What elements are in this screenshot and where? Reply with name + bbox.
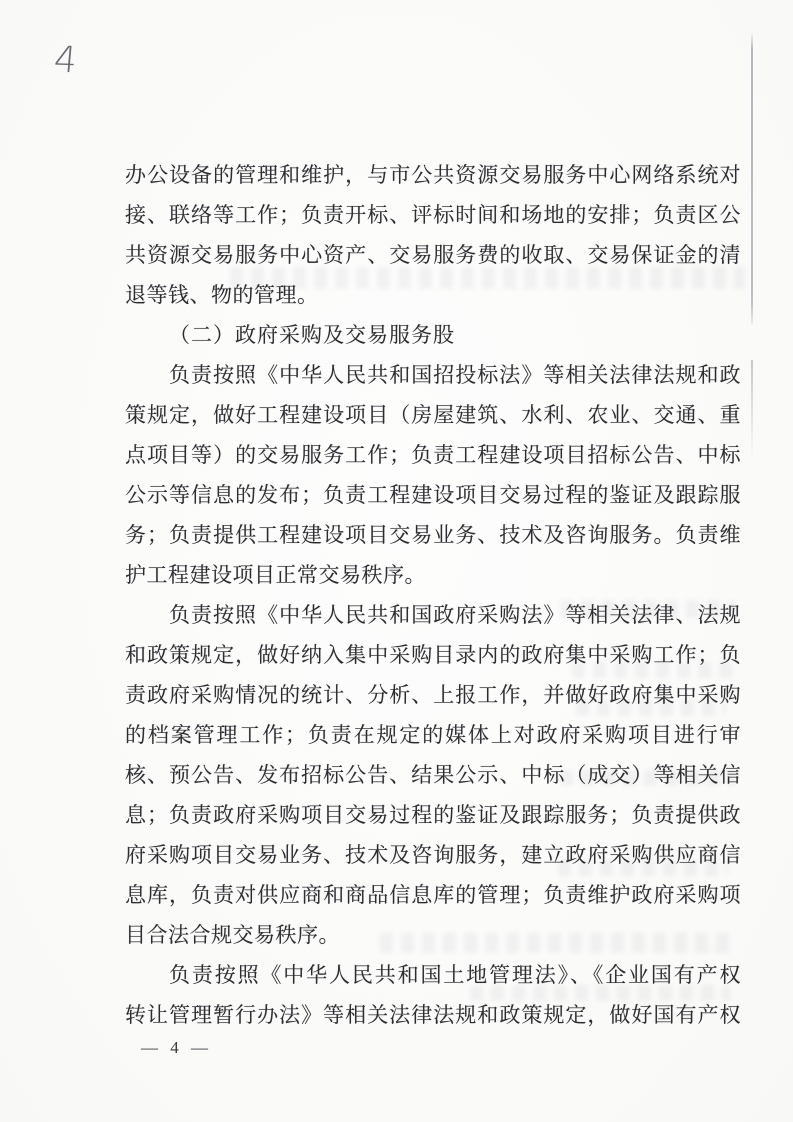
scan-edge-line [751, 32, 753, 324]
text-line: 共资源交易服务中心资产、交易服务费的收取、交易保证金的清 [125, 235, 741, 275]
text-line: 和政策规定，做好纳入集中采购目录内的政府集中采购工作；负 [125, 635, 741, 675]
scanned-page: 4 办公设备的管理和维护，与市公共资源交易服务中心网络系统对接、联络等工作；负责… [0, 0, 793, 1122]
text-line: 接、联络等工作；负责开标、评标时间和场地的安排；负责区公 [125, 195, 741, 235]
text-line: 核、预公告、发布招标公告、结果公示、中标（成交）等相关信 [125, 755, 741, 795]
text-line: 护工程建设项目正常交易秩序。 [125, 555, 741, 595]
text-line: 负责按照《中华人民共和国招投标法》等相关法律法规和政 [125, 355, 741, 395]
section-heading-block: （二）政府采购及交易服务股 [125, 315, 741, 355]
handwritten-page-number: 4 [52, 38, 86, 85]
paragraph: 负责按照《中华人民共和国招投标法》等相关法律法规和政策规定，做好工程建设项目（房… [125, 355, 741, 595]
text-line: 的档案管理工作；负责在规定的媒体上对政府采购项目进行审 [125, 715, 741, 755]
text-line: 息库，负责对供应商和商品信息库的管理；负责维护政府采购项 [125, 875, 741, 915]
paragraph: 办公设备的管理和维护，与市公共资源交易服务中心网络系统对接、联络等工作；负责开标… [125, 155, 741, 315]
paragraph: 负责按照《中华人民共和国政府采购法》等相关法律、法规和政策规定，做好纳入集中采购… [125, 595, 741, 955]
screenshot-root: { "page": { "handwritten_annotation": "4… [0, 0, 793, 1122]
text-line: 责政府采购情况的统计、分析、上报工作，并做好政府集中采购 [125, 675, 741, 715]
text-line: 息；负责政府采购项目交易过程的鉴证及跟踪服务；负责提供政 [125, 795, 741, 835]
text-line: 办公设备的管理和维护，与市公共资源交易服务中心网络系统对 [125, 155, 741, 195]
text-line: 策规定，做好工程建设项目（房屋建筑、水利、农业、交通、重 [125, 395, 741, 435]
text-line: 府采购项目交易业务、技术及咨询服务，建立政府采购供应商信 [125, 835, 741, 875]
text-line: 目合法合规交易秩序。 [125, 915, 741, 955]
text-line: 负责按照《中华人民共和国土地管理法》、《企业国有产权 [125, 955, 741, 995]
text-line: 负责按照《中华人民共和国政府采购法》等相关法律、法规 [125, 595, 741, 635]
paragraph: 负责按照《中华人民共和国土地管理法》、《企业国有产权转让管理暂行办法》等相关法律… [125, 955, 741, 1035]
document-body: 办公设备的管理和维护，与市公共资源交易服务中心网络系统对接、联络等工作；负责开标… [125, 155, 741, 1035]
text-line: 公示等信息的发布；负责工程建设项目交易过程的鉴证及跟踪服 [125, 475, 741, 515]
text-line: 务；负责提供工程建设项目交易业务、技术及咨询服务。负责维 [125, 515, 741, 555]
text-line: 点项目等）的交易服务工作；负责工程建设项目招标公告、中标 [125, 435, 741, 475]
text-line: 退等钱、物的管理。 [125, 275, 741, 315]
text-line: 转让管理暂行办法》等相关法律法规和政策规定，做好国有产权 [125, 995, 741, 1035]
section-heading: （二）政府采购及交易服务股 [125, 315, 741, 355]
page-number-footer: — 4 — [141, 1038, 212, 1058]
scan-edge-line [751, 360, 753, 460]
